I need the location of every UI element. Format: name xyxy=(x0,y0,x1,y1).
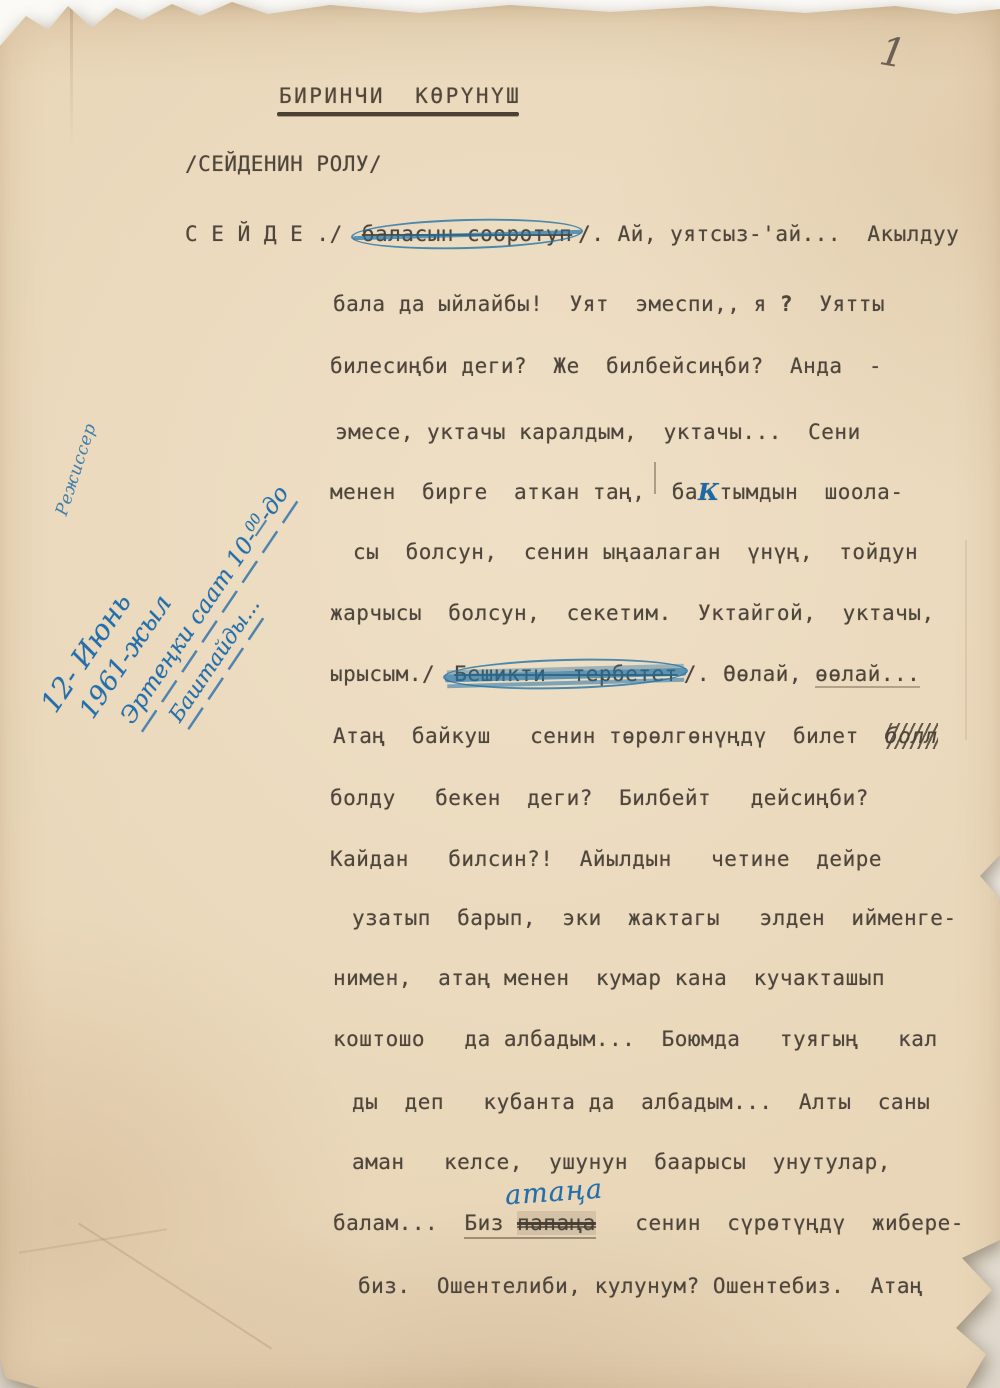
struck-stage-direction-2: Бешикти тербетет xyxy=(448,662,683,686)
dialogue-line-18: биз. Ошентелиби, кулунум? Ошентебиз. Ата… xyxy=(358,1274,923,1298)
handwritten-k-correction: К xyxy=(698,479,719,506)
paper-sheet: 1 БИРИНЧИ КӨРҮНҮШ /СЕЙДЕНИН РОЛУ/ Режисс… xyxy=(0,0,1000,1388)
speaker-name: С Е Й Д Е ./ xyxy=(185,222,356,246)
dialogue-line-12: узатып барып, эки жактагы элден ийменге- xyxy=(352,906,957,930)
crease-left-mid xyxy=(19,1228,167,1253)
dialogue-line-1: С Е Й Д Е ./ баласын сооротуп/. Ай, уятс… xyxy=(185,222,959,246)
dialogue-line-5: менен бирге аткан таң, баКтымдын шоола- xyxy=(330,478,903,505)
bold-question-mark: ? xyxy=(780,292,793,316)
line-5-text: менен бирге аткан таң, ба xyxy=(330,480,698,504)
crease-bottom-left xyxy=(78,1223,272,1350)
line-8-text: ырысым./ xyxy=(330,662,448,686)
line-2-text: бала да ыйлайбы! Уят эмеспи,, я xyxy=(333,292,780,316)
paper-shadow-wrap: 1 БИРИНЧИ КӨРҮНҮШ /СЕЙДЕНИН РОЛУ/ Режисс… xyxy=(0,0,1000,1388)
dialogue-line-2: бала да ыйлайбы! Уят эмеспи,, я ? Уятты xyxy=(333,292,885,316)
dialogue-line-8: ырысым./ Бешикти тербетет/. Өөлай, өөлай… xyxy=(330,662,920,686)
word-biz: Биз xyxy=(464,1211,517,1235)
line-9-text: Атаң байкуш сенин төрөлгөнүңдү билет xyxy=(333,724,885,748)
dialogue-line-10: болду бекен деги? Билбейт дейсиңби? xyxy=(330,786,869,810)
dialogue-line-17: балам... Биз папаңа сенин сүрөтүңдү жибе… xyxy=(333,1211,964,1235)
line-8-mid: /. Өөлай, xyxy=(684,662,815,686)
line-2-tail: Уятты xyxy=(793,292,885,316)
line-5-tail: тымдын шоола- xyxy=(719,480,903,504)
dialogue-line-16: аман келсе, ушунун баарысы унутулар, xyxy=(352,1150,891,1174)
dialogue-line-4: эмесе, уктачы каралдым, уктачы... Сени xyxy=(335,420,861,444)
crease-top-left xyxy=(70,0,73,150)
line-17-tail: сенин сүрөтүңдү жибере- xyxy=(596,1211,964,1235)
date-year: 1961-жыл xyxy=(74,422,291,724)
scene-title: БИРИНЧИ КӨРҮНҮШ xyxy=(279,84,521,108)
dialogue-line-3: билесиңби деги? Же билбейсиңби? Анда - xyxy=(330,354,882,378)
pencil-tick-mark xyxy=(654,462,656,494)
dialogue-line-11: Кайдан билсин?! Айылдын четине дейре xyxy=(330,847,882,871)
dialogue-line-7: жарчысы болсун, секетим. Уктайгой, уктач… xyxy=(330,601,935,625)
dialogue-line-6: сы болсун, сенин ыңаалаган үнүң, тойдун xyxy=(353,540,918,564)
line-17-text: балам... xyxy=(333,1211,464,1235)
struck-word-papanga: папаңа xyxy=(517,1211,596,1235)
slashed-out-word: болл xyxy=(885,724,938,748)
line-8-underlined-word: өөлай... xyxy=(815,662,920,688)
dialogue-line-14: коштошо да албадым... Боюмда туягың кал xyxy=(333,1027,938,1051)
underlined-phrase: Биз папаңа xyxy=(464,1211,595,1239)
dialogue-line-15: ды деп кубанта да албадым... Алты саны xyxy=(352,1090,930,1114)
scanned-manuscript-page: { "colors": { "paper": "#e9d6b8", "typew… xyxy=(0,0,1000,1388)
margin-signature-scribble: Режиссер xyxy=(52,421,101,518)
dialogue-line-13: нимен, атаң менен кумар кана кучакташып xyxy=(333,966,885,990)
page-number: 1 xyxy=(876,28,909,78)
scene-title-underline xyxy=(277,112,519,116)
struck-stage-direction-1: баласын сооротуп xyxy=(356,222,578,246)
crease-right-edge xyxy=(965,540,967,740)
role-subtitle: /СЕЙДЕНИН РОЛУ/ xyxy=(185,152,382,176)
line-1-text: /. Ай, уятсыз-'ай... Акылдуу xyxy=(578,222,959,246)
dialogue-line-9: Атаң байкуш сенин төрөлгөнүңдү билет бол… xyxy=(333,724,938,748)
handwritten-atanga-correction: атаңа xyxy=(504,1174,604,1212)
